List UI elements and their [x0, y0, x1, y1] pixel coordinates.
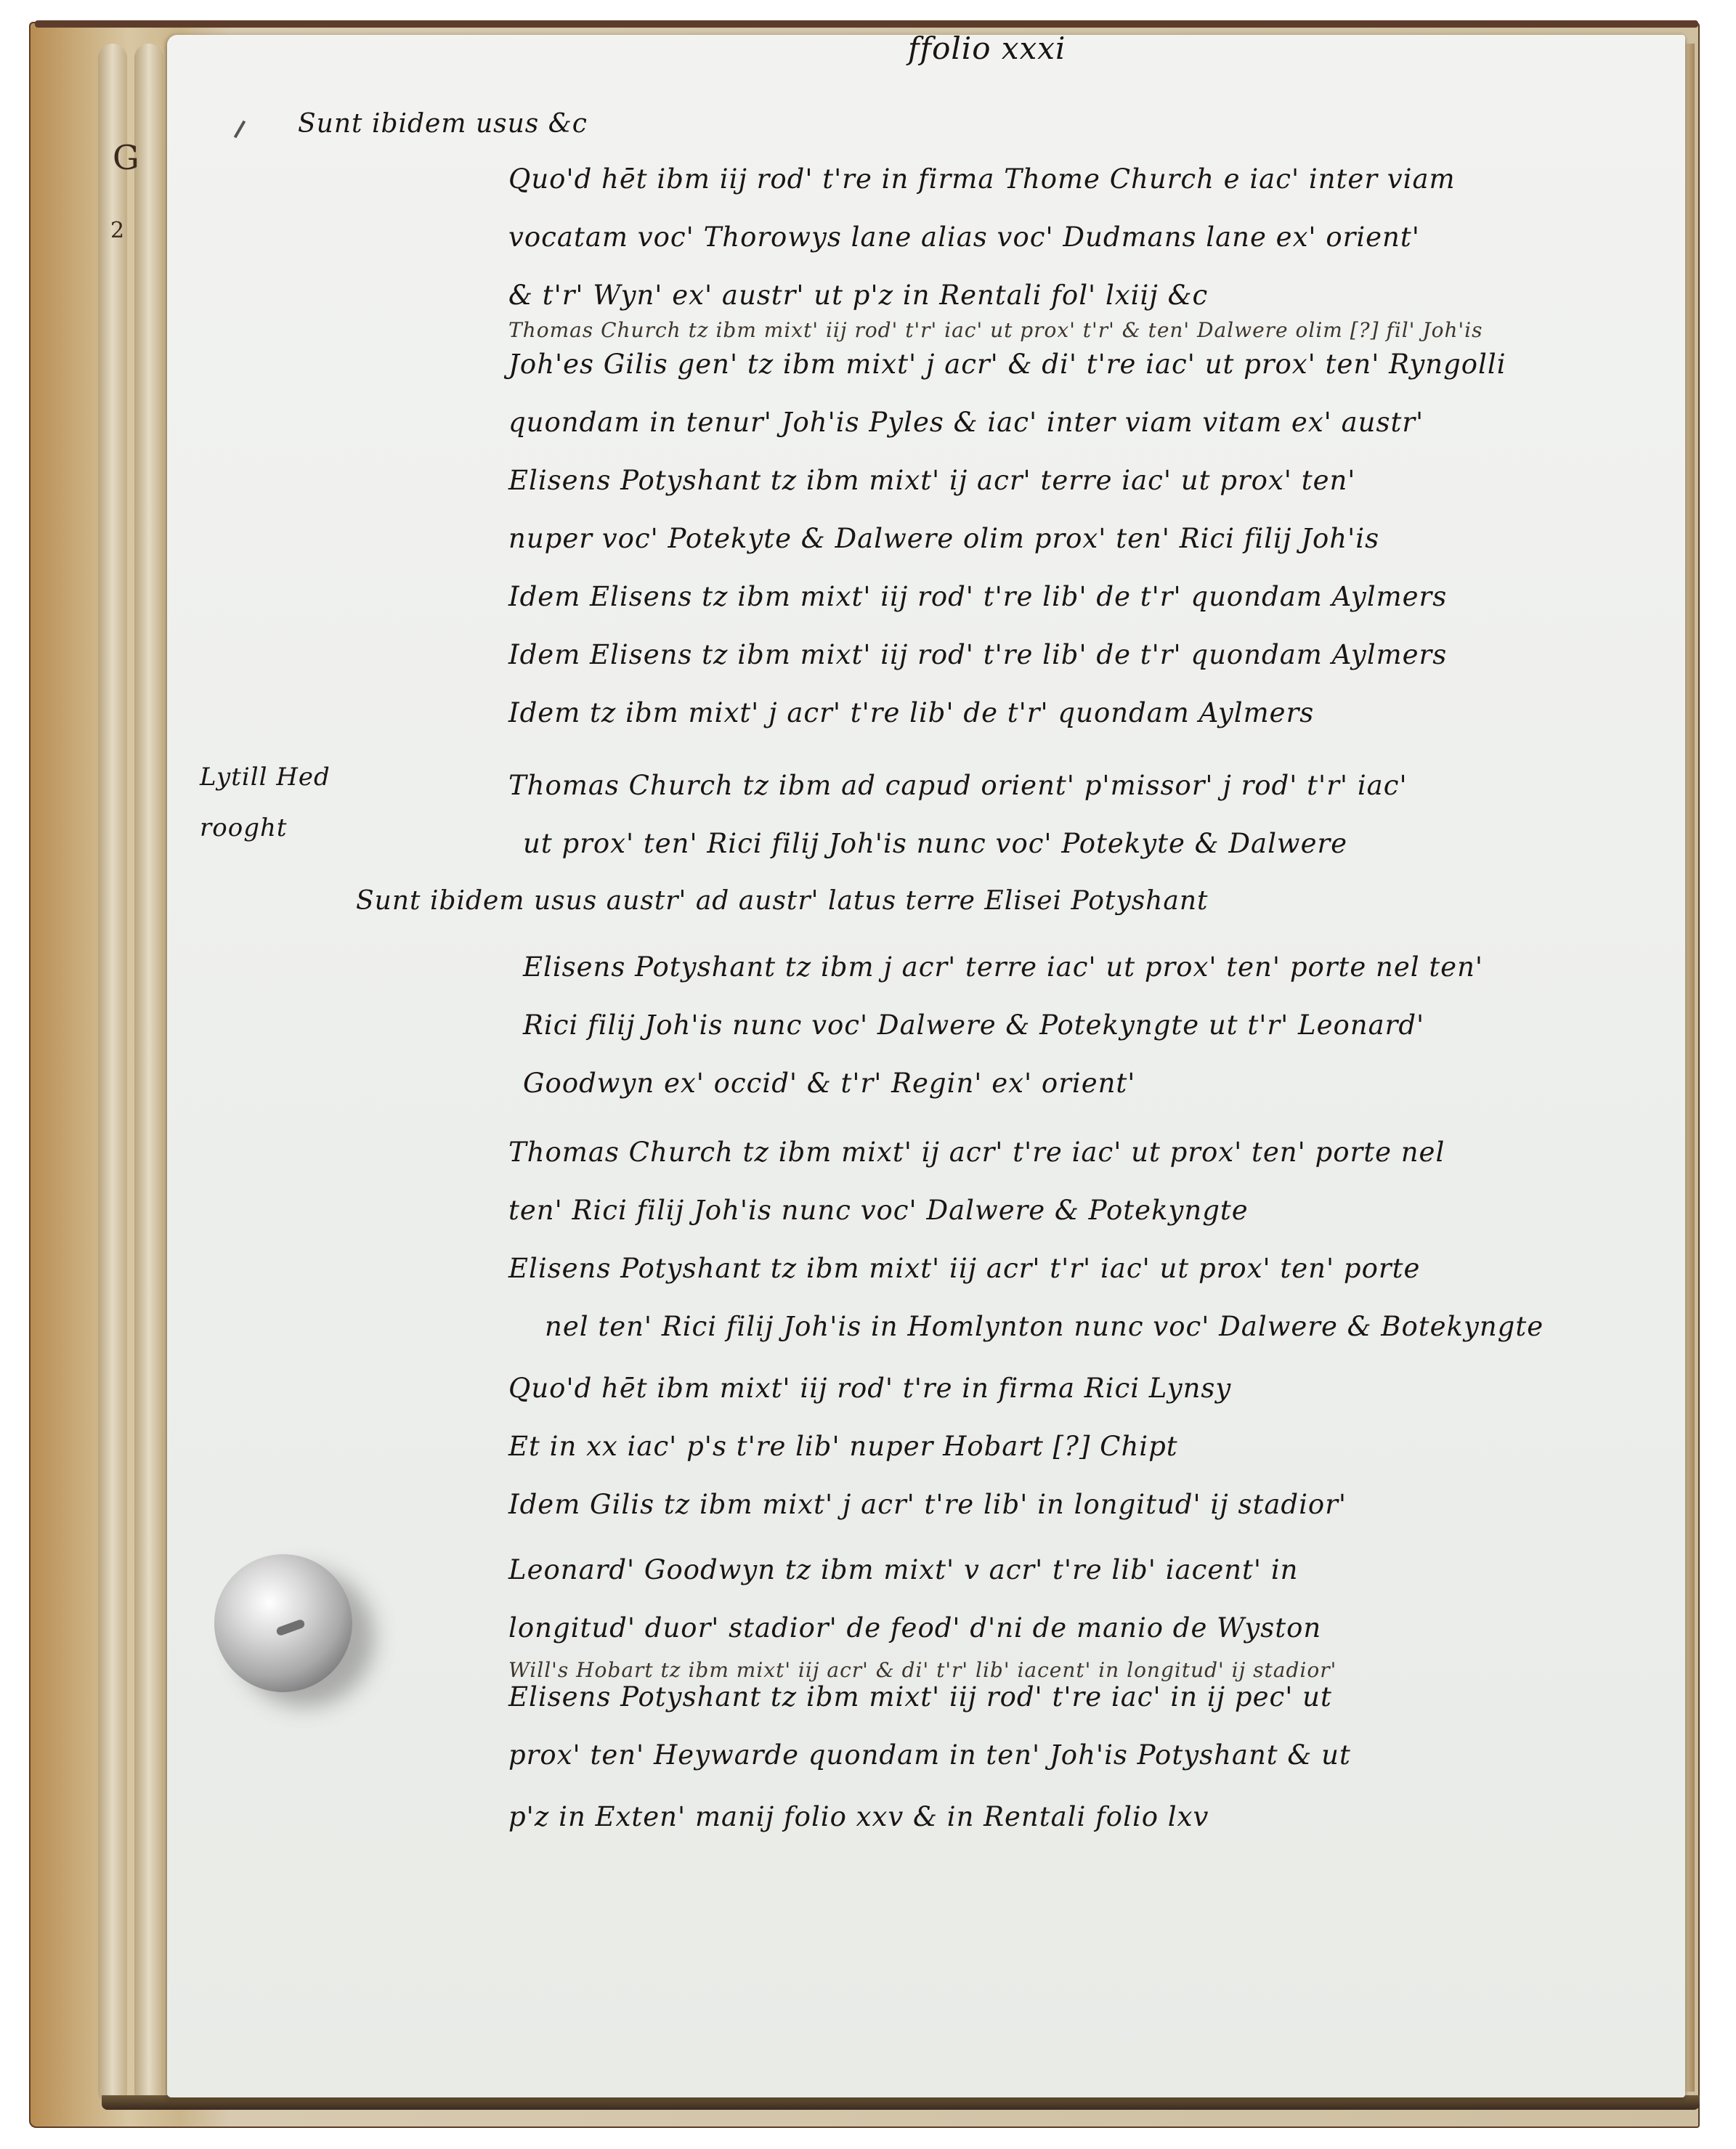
text-line: Idem Elisens tz ibm mixt' iij rod' t're …: [508, 581, 1447, 612]
text-line: Et in xx iac' p's t're lib' nuper Hobart…: [508, 1431, 1178, 1462]
text-line: quondam in tenur' Joh'is Pyles & iac' in…: [508, 407, 1424, 438]
folio-number: ffolio xxxi: [908, 31, 1066, 66]
spine-mark: G: [113, 138, 139, 177]
text-line: prox' ten' Heywarde quondam in ten' Joh'…: [508, 1739, 1351, 1771]
text-line: Elisens Potyshant tz ibm mixt' iij acr' …: [508, 1253, 1420, 1284]
text-line: ut prox' ten' Rici filij Joh'is nunc voc…: [523, 828, 1347, 859]
margin-note: rooght: [200, 813, 288, 842]
text-line: Goodwyn ex' occid' & t'r' Regin' ex' ori…: [523, 1068, 1135, 1099]
text-line: Idem tz ibm mixt' j acr' t're lib' de t'…: [508, 697, 1314, 728]
text-line: ten' Rici filij Joh'is nunc voc' Dalwere…: [508, 1195, 1249, 1226]
text-line: nuper voc' Potekyte & Dalwere olim prox'…: [508, 523, 1379, 554]
text-line: Thomas Church tz ibm ad capud orient' p'…: [508, 770, 1408, 801]
spine-fold: [134, 44, 163, 2106]
text-line: vocatam voc' Thorowys lane alias voc' Du…: [508, 222, 1420, 253]
text-line: Joh'es Gilis gen' tz ibm mixt' j acr' & …: [508, 349, 1506, 380]
spine-mark: 2: [110, 218, 124, 243]
text-line: longitud' duor' stadior' de feod' d'ni d…: [508, 1612, 1321, 1644]
text-line: nel ten' Rici filij Joh'is in Homlynton …: [545, 1311, 1544, 1342]
manuscript-page: [167, 35, 1685, 2097]
section-heading: Sunt ibidem usus &c: [298, 109, 588, 139]
text-line: Elisens Potyshant tz ibm mixt' iij rod' …: [508, 1681, 1332, 1713]
text-line: Idem Elisens tz ibm mixt' iij rod' t're …: [508, 639, 1447, 670]
text-line: Rici filij Joh'is nunc voc' Dalwere & Po…: [523, 1009, 1424, 1041]
binding-bottom-edge: [102, 2095, 1700, 2110]
text-line: Leonard' Goodwyn tz ibm mixt' v acr' t'r…: [508, 1554, 1299, 1585]
section-heading: Sunt ibidem usus austr' ad austr' latus …: [356, 886, 1208, 916]
interlinear-addition: Will's Hobart tz ibm mixt' iij acr' & di…: [508, 1658, 1337, 1682]
margin-note: Lytill Hed: [200, 763, 330, 792]
binding-top-edge: [35, 20, 1698, 28]
text-line: Quo'd hēt ibm mixt' iij rod' t're in fir…: [508, 1373, 1231, 1404]
paperweight: [214, 1554, 352, 1692]
spine-fold: [98, 44, 127, 2106]
text-line: Elisens Potyshant tz ibm j acr' terre ia…: [523, 951, 1483, 983]
text-line: Elisens Potyshant tz ibm mixt' ij acr' t…: [508, 465, 1355, 496]
text-line: Quo'd hēt ibm iij rod' t're in firma Tho…: [508, 163, 1456, 195]
text-line: & t'r' Wyn' ex' austr' ut p'z in Rentali…: [508, 280, 1208, 311]
interlinear-addition: Thomas Church tz ibm mixt' iij rod' t'r'…: [508, 318, 1483, 342]
text-line: p'z in Exten' manij folio xxv & in Renta…: [508, 1801, 1209, 1832]
text-line: Thomas Church tz ibm mixt' ij acr' t're …: [508, 1137, 1445, 1168]
text-line: Idem Gilis tz ibm mixt' j acr' t're lib'…: [508, 1489, 1347, 1520]
